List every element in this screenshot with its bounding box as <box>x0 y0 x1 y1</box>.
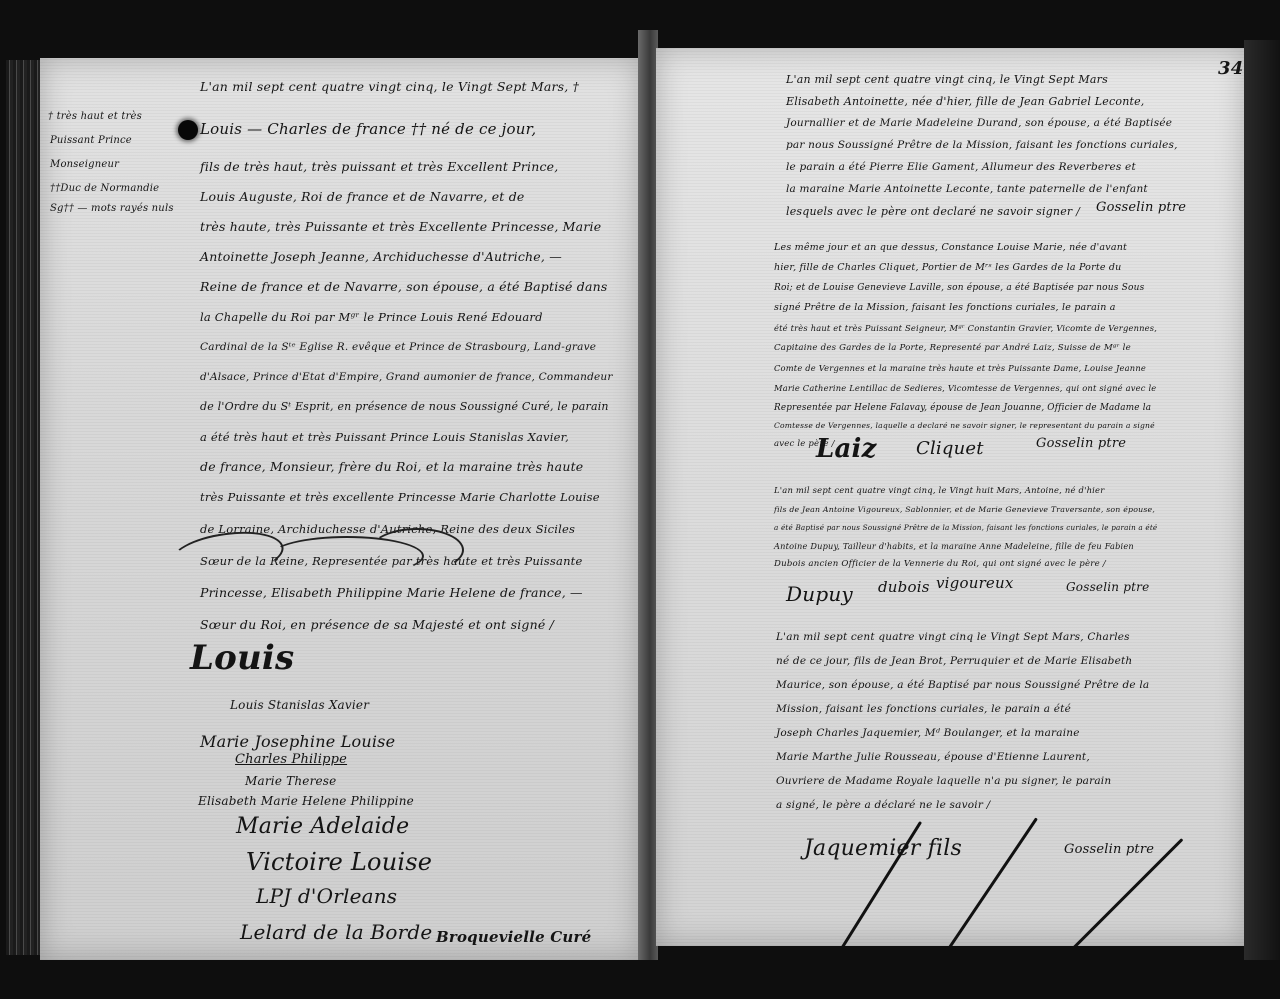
entry-line: de l'Ordre du Sᵗ Esprit, en présence de … <box>200 392 609 422</box>
entry-line: fils de Jean Antoine Vigoureux, Sablonni… <box>774 500 1155 520</box>
entry-line: Joseph Charles Jaquemier, Mᵈ Boulanger, … <box>776 722 1080 745</box>
margin-note-line: ††Duc de Normandie <box>50 178 159 200</box>
signature-priest: Gosselin ptre <box>1036 436 1126 451</box>
entry-line: très Puissante et très excellente Prince… <box>200 482 600 512</box>
book-right-edge <box>1244 40 1280 960</box>
entry-line: Dubois ancien Officier de la Vennerie du… <box>774 554 1106 574</box>
entry-line: très haute, très Puissante et très Excel… <box>200 212 601 242</box>
entry-line: été très haut et très Puissant Seigneur,… <box>774 318 1157 338</box>
signature: Marie Adelaide <box>236 814 409 839</box>
entry-line: L'an mil sept cent quatre vingt cinq, le… <box>200 72 579 102</box>
ink-blot <box>178 120 198 140</box>
margin-note-line: † très haut et très <box>48 106 142 128</box>
signature: Dupuy <box>786 582 853 606</box>
entry-line: fils de très haut, très puissant et très… <box>200 152 558 182</box>
signature: Lelard de la Borde <box>240 920 432 944</box>
entry-line: Ouvriere de Madame Royale laquelle n'a p… <box>776 770 1111 793</box>
entry-line: Maurice, son épouse, a été Baptisé par n… <box>776 674 1149 697</box>
entry-line: Marie Marthe Julie Rousseau, épouse d'Et… <box>776 746 1090 769</box>
entry-line: Roi; et de Louise Genevieve Laville, son… <box>774 278 1144 298</box>
signature-flourish <box>370 528 464 572</box>
entry-line: d'Alsace, Prince d'Etat d'Empire, Grand … <box>200 362 613 392</box>
entry-line: Comte de Vergennes et la maraine très ha… <box>774 358 1146 378</box>
entry-line: le parain a été Pierre Elie Gament, Allu… <box>786 156 1136 179</box>
entry-line: L'an mil sept cent quatre vingt cinq, le… <box>774 480 1104 500</box>
signature-priest: Gosselin ptre <box>1066 580 1149 594</box>
entry-line: Antoinette Joseph Jeanne, Archiduchesse … <box>200 242 562 272</box>
entry-line: la Chapelle du Roi par Mᵍʳ le Prince Lou… <box>200 302 543 332</box>
entry-line: signé Prêtre de la Mission, faisant les … <box>774 298 1116 318</box>
entry-line: a signé, le père a déclaré ne le savoir … <box>776 794 990 817</box>
entry-line: Les même jour et an que dessus, Constanc… <box>774 238 1127 258</box>
signature-king: Louis <box>190 638 294 678</box>
entry-line: Louis Auguste, Roi de france et de Navar… <box>200 182 525 212</box>
entry-line: Representée par Helene Falavay, épouse d… <box>774 398 1151 418</box>
entry-line: la maraine Marie Antoinette Leconte, tan… <box>786 178 1148 201</box>
signature: Louis Stanislas Xavier <box>230 698 369 712</box>
book-gutter <box>638 30 658 960</box>
entry-line: Sœur du Roi, en présence de sa Majesté e… <box>200 610 554 640</box>
entry-line: de france, Monsieur, frère du Roi, et la… <box>200 452 583 482</box>
entry-line: Capitaine des Gardes de la Porte, Repres… <box>774 338 1131 358</box>
signature: Laiz <box>816 434 877 464</box>
right-page: 34 L'an mil sept cent quatre vingt cinq,… <box>656 48 1246 946</box>
left-page: † très haut et très Puissant Prince Mons… <box>40 58 640 960</box>
book-page-edges <box>6 60 40 955</box>
entry-line: lesquels avec le père ont declaré ne sav… <box>786 200 1080 223</box>
signature: Victoire Louise <box>246 848 432 876</box>
entry-line: Comtesse de Vergennes, laquelle a declar… <box>774 416 1155 436</box>
entry-line: Cardinal de la Sᵗᵉ Eglise R. evêque et P… <box>200 332 596 362</box>
signature: vigoureux <box>936 574 1014 592</box>
margin-note-line: Monseigneur <box>50 154 119 176</box>
signature: Elisabeth Marie Helene Philippine <box>198 794 414 808</box>
signature: Charles Philippe <box>235 752 347 767</box>
margin-note-line: Sg†† — mots rayés nuls <box>50 198 174 220</box>
entry-line: Marie Catherine Lentillac de Sedieres, V… <box>774 378 1156 398</box>
signature: Marie Therese <box>245 774 336 788</box>
signature: Jaquemier fils <box>804 836 962 861</box>
entry-line: a été très haut et très Puissant Prince … <box>200 422 569 452</box>
entry-line: L'an mil sept cent quatre vingt cinq, le… <box>786 68 1108 91</box>
entry-line: L'an mil sept cent quatre vingt cinq le … <box>776 626 1130 649</box>
signature-cure: Broquevielle Curé <box>436 928 591 946</box>
entry-line: Mission, faisant les fonctions curiales,… <box>776 698 1071 721</box>
signature: Marie Josephine Louise <box>200 732 395 751</box>
scanned-register-spread: † très haut et très Puissant Prince Mons… <box>0 0 1280 999</box>
entry-line: Reine de france et de Navarre, son épous… <box>200 272 608 302</box>
signature-priest: Gosselin ptre <box>1096 200 1186 215</box>
folio-number: 34 <box>1218 58 1243 79</box>
signature-priest: Gosselin ptre <box>1064 842 1154 857</box>
entry-line: Princesse, Elisabeth Philippine Marie He… <box>200 578 583 608</box>
entry-line: par nous Soussigné Prêtre de la Mission,… <box>786 134 1178 157</box>
margin-note-line: Puissant Prince <box>50 130 132 152</box>
entry-line: Antoine Dupuy, Tailleur d'habits, et la … <box>774 536 1134 556</box>
entry-line: a été Baptisé par nous Soussigné Prêtre … <box>774 518 1157 538</box>
signature: LPJ d'Orleans <box>256 884 397 908</box>
entry-line: Elisabeth Antoinette, née d'hier, fille … <box>786 90 1145 113</box>
signature: Cliquet <box>916 438 984 459</box>
entry-line: hier, fille de Charles Cliquet, Portier … <box>774 258 1121 278</box>
entry-line: né de ce jour, fils de Jean Brot, Perruq… <box>776 650 1132 673</box>
entry-line: Journallier et de Marie Madeleine Durand… <box>786 112 1172 135</box>
signature: dubois <box>878 578 930 596</box>
entry-line: Louis — Charles de france †† né de ce jo… <box>200 114 536 144</box>
